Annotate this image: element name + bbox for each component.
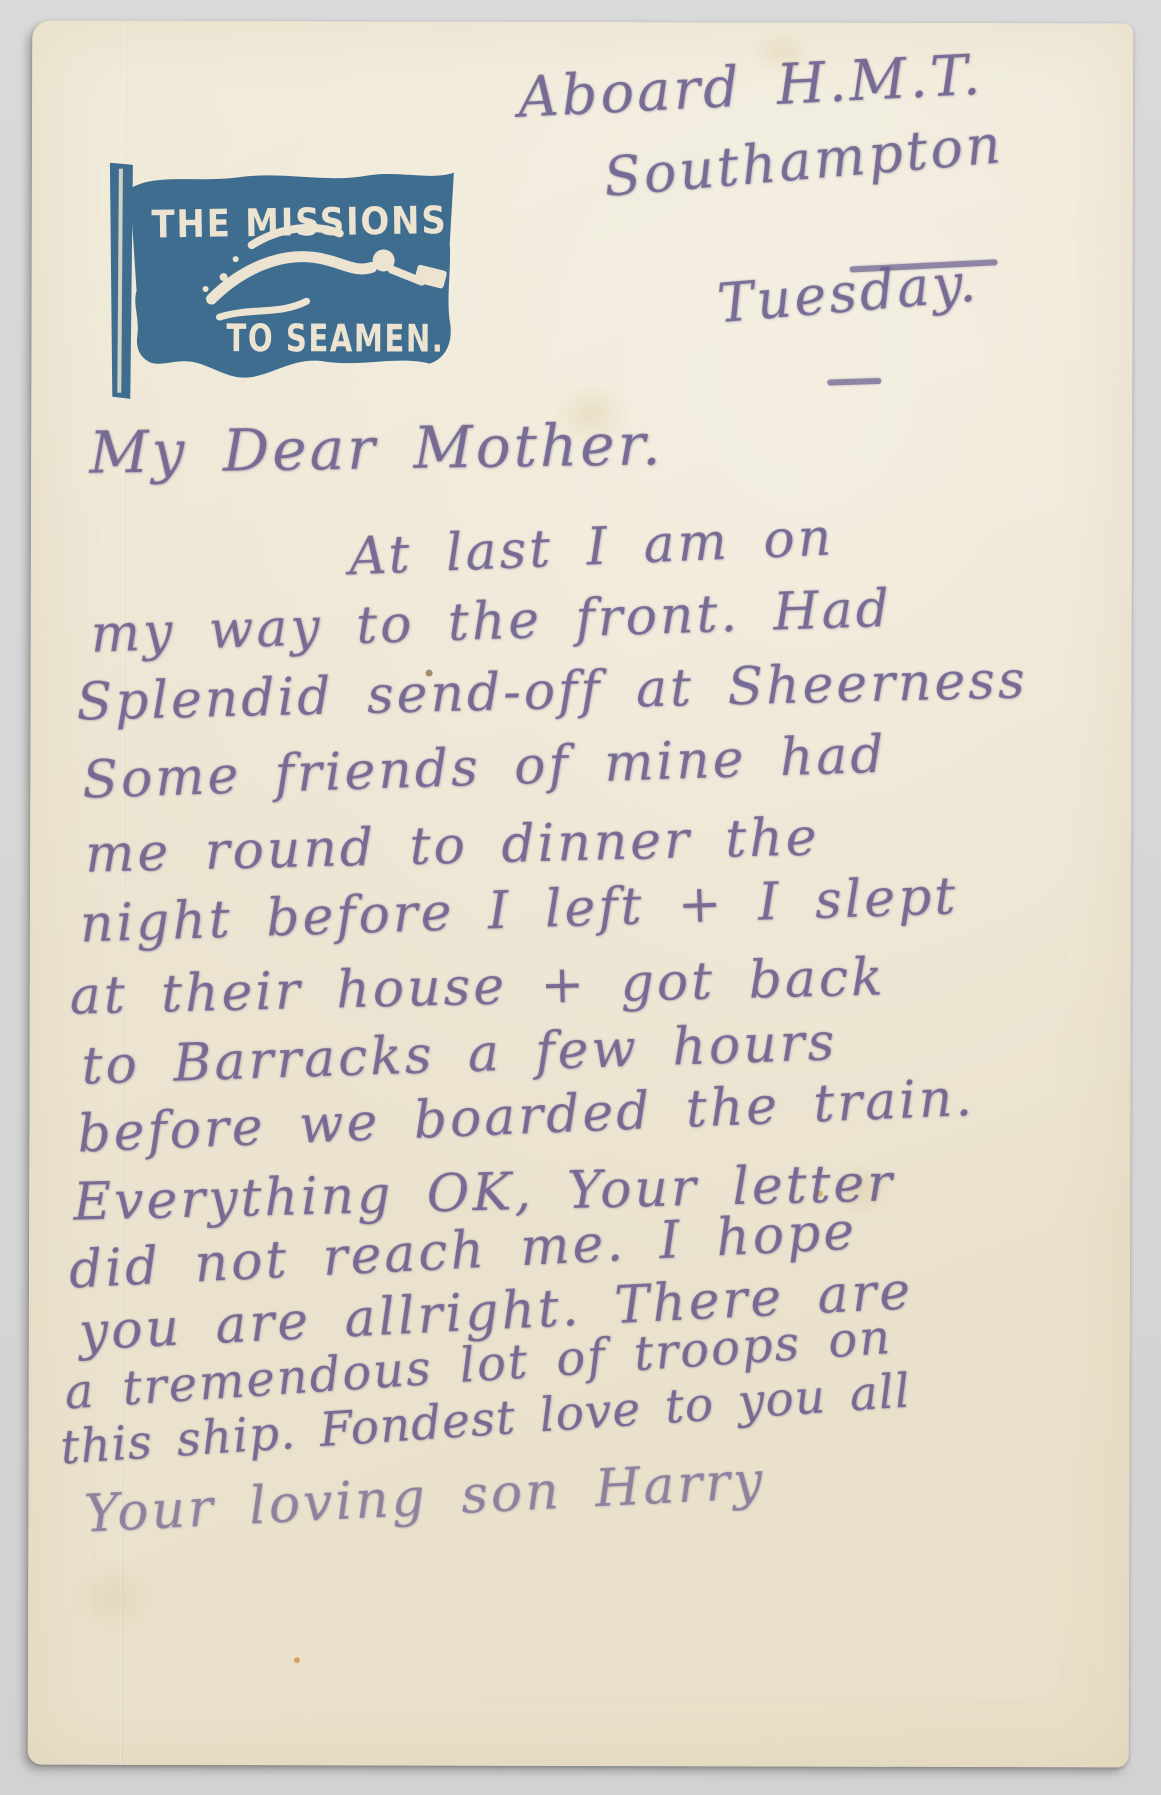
paper-stain xyxy=(70,1561,160,1637)
heading-day-line: Tuesday. xyxy=(715,250,981,335)
flag-text-line1: THE MISSIONS xyxy=(151,198,448,246)
letter-line: At last I am on xyxy=(348,508,836,588)
missions-to-seamen-flag-logo: THE MISSIONS TO SEAMEN. xyxy=(99,147,462,406)
letter-line: Some friends of mine had xyxy=(81,725,887,811)
paper-speck xyxy=(294,1657,300,1663)
flag-text-line2: TO SEAMEN. xyxy=(226,316,444,361)
dash-stroke xyxy=(827,378,881,386)
letter-page: THE MISSIONS TO SEAMEN. Aboard H.M.T. So… xyxy=(28,21,1134,1768)
letter-line: me round to dinner the xyxy=(84,807,820,884)
flag-icon: THE MISSIONS TO SEAMEN. xyxy=(99,147,462,406)
letter-line: Splendid send-off at Sheerness xyxy=(76,650,1028,732)
letter-line: my way to the front. Had xyxy=(90,579,893,665)
salutation: My Dear Mother. xyxy=(89,410,664,487)
heading-port-line: Southampton xyxy=(601,112,1006,209)
heading-location-line: Aboard H.M.T. xyxy=(516,43,984,131)
